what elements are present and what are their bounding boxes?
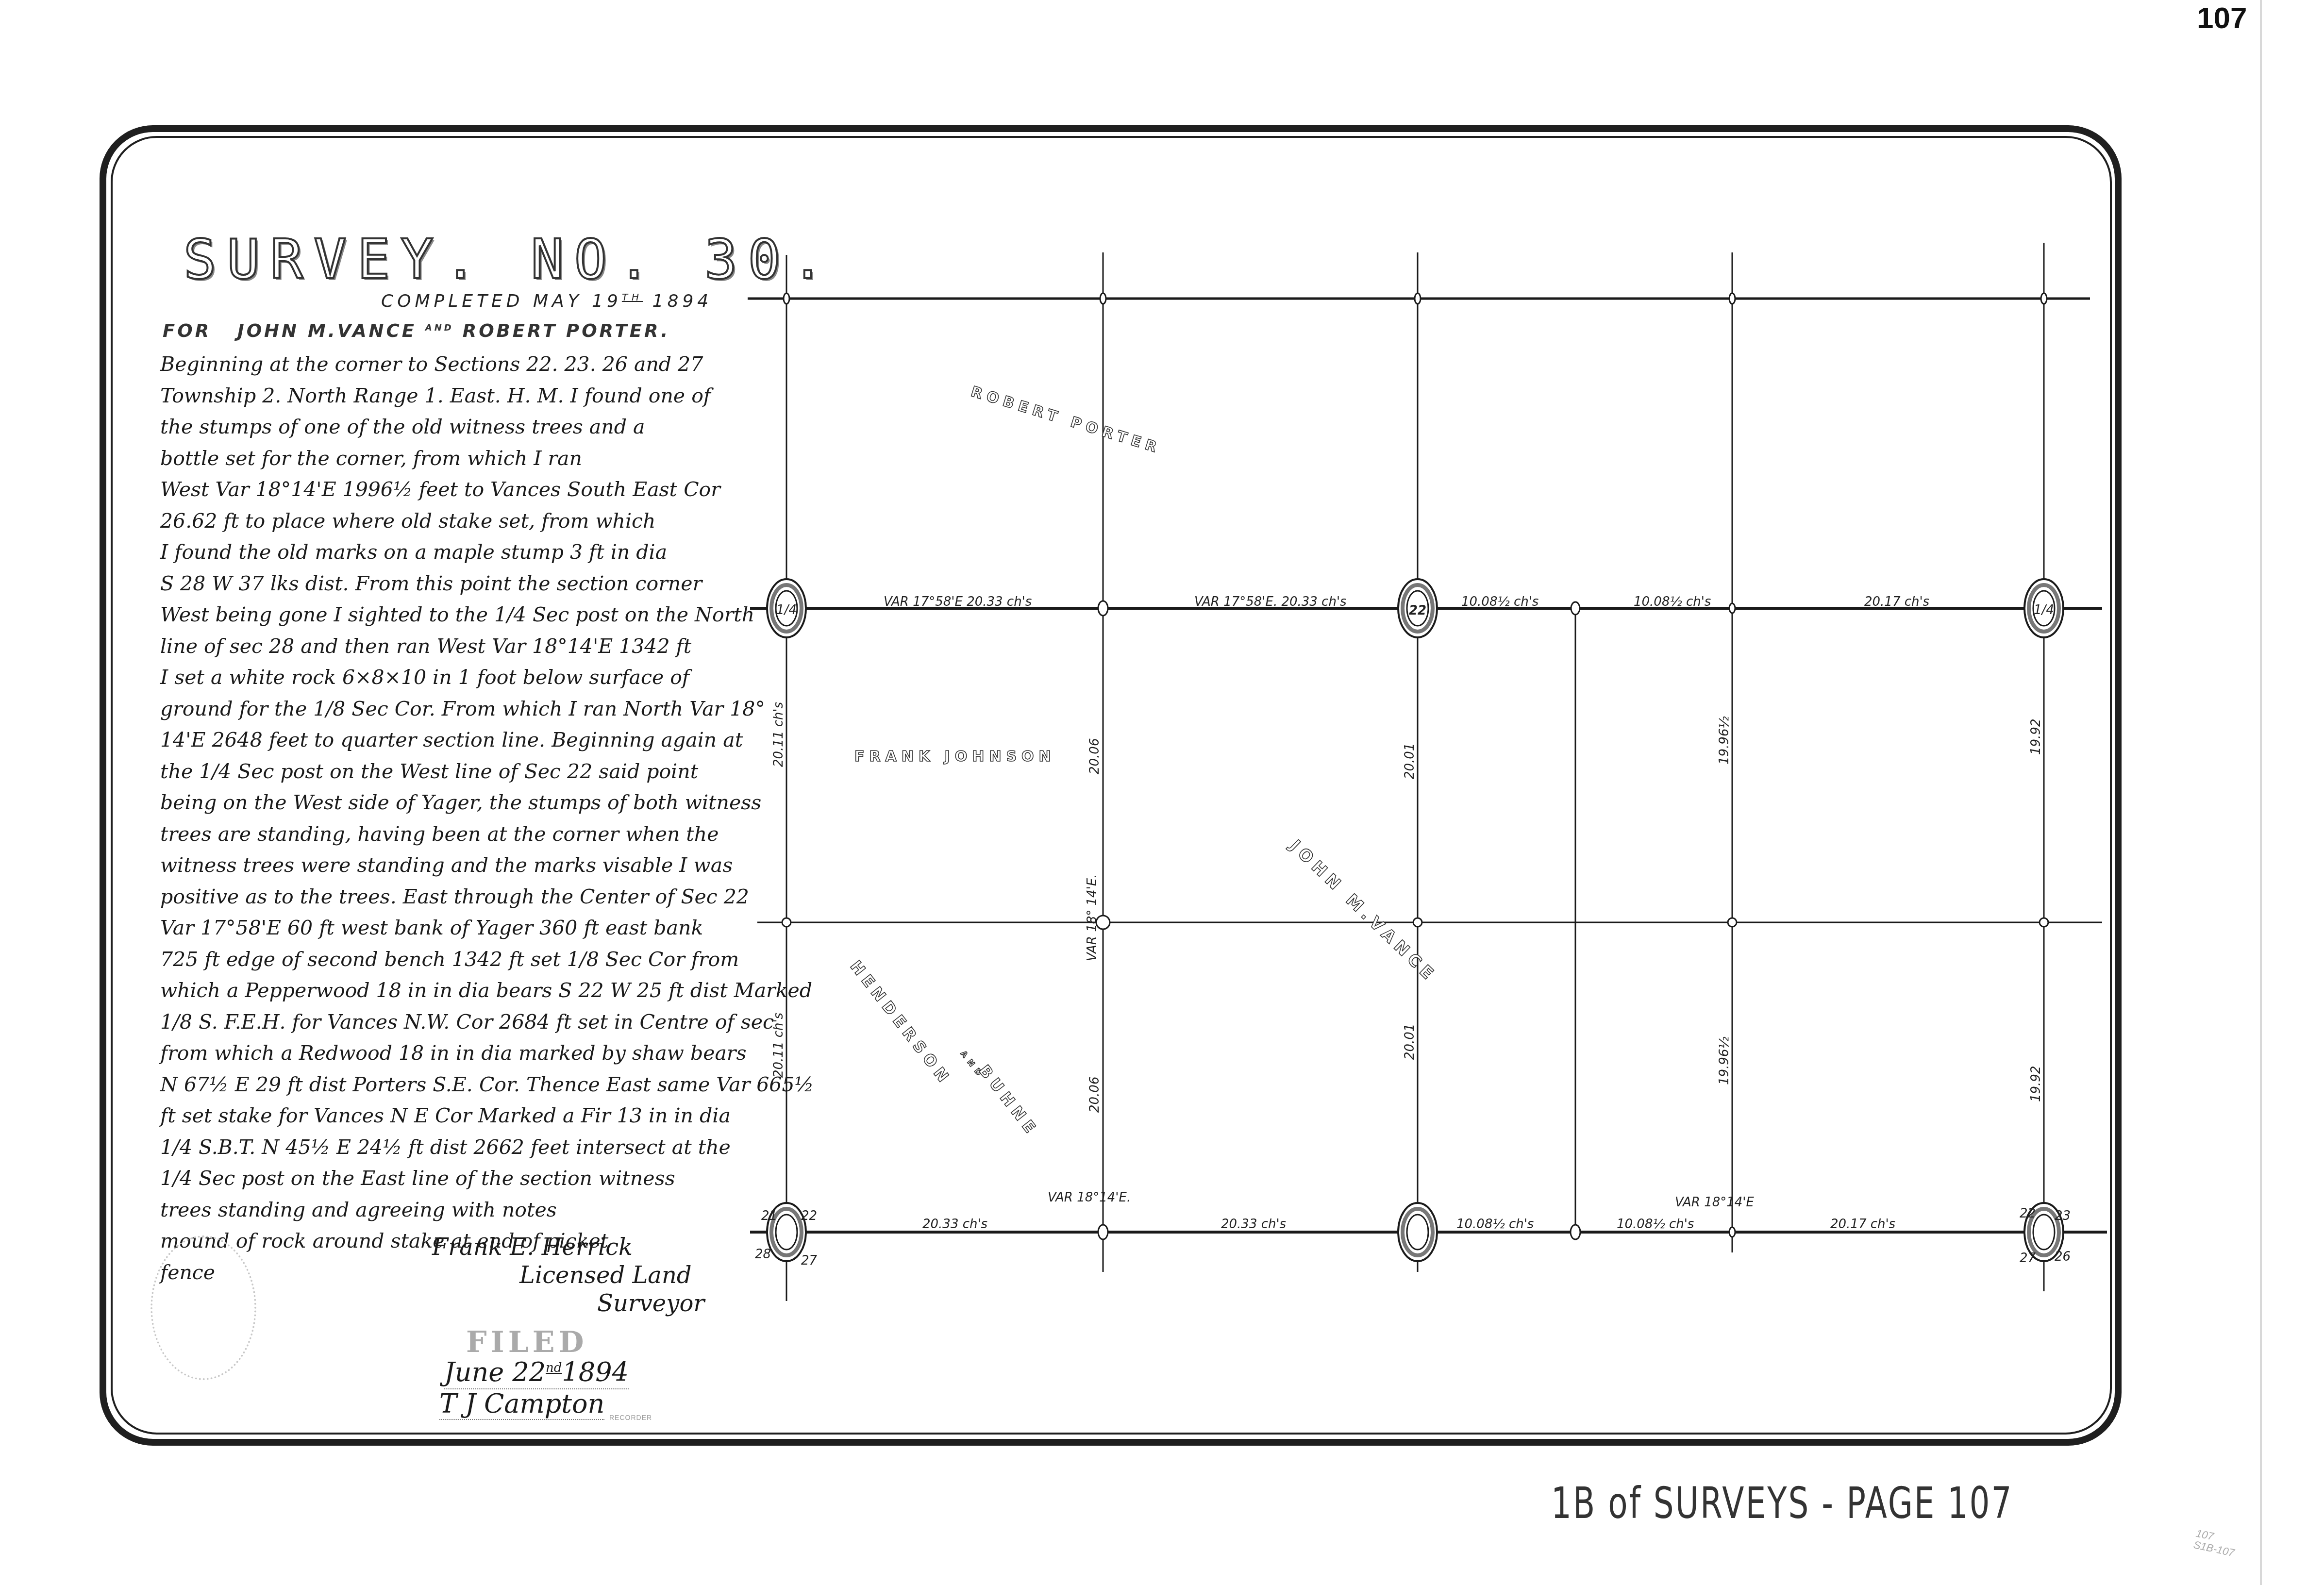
- svg-text:1/4: 1/4: [2034, 603, 2054, 617]
- svg-text:20.11 ch's: 20.11 ch's: [771, 1013, 786, 1078]
- variation-label: VAR 18°14'E.: [1048, 1190, 1131, 1205]
- svg-text:20.06: 20.06: [1087, 738, 1102, 774]
- dist-label: VAR 17°58'E 20.33 ch's: [884, 595, 1032, 609]
- svg-text:1/4: 1/4: [776, 603, 797, 617]
- svg-text:19.96½: 19.96½: [1717, 716, 1732, 765]
- svg-text:27: 27: [801, 1253, 818, 1268]
- svg-text:22: 22: [801, 1209, 817, 1223]
- svg-text:27: 27: [2020, 1251, 2036, 1266]
- corner-monument-center-22: 22: [1398, 579, 1437, 637]
- svg-text:22: 22: [2020, 1206, 2036, 1221]
- svg-text:22: 22: [1409, 603, 1426, 618]
- dist-label: 20.33 ch's: [922, 1217, 987, 1232]
- owner-buhne: BUHNE: [975, 1062, 1042, 1140]
- svg-text:20.01: 20.01: [1403, 743, 1417, 779]
- svg-text:21: 21: [761, 1209, 777, 1223]
- svg-text:20.01: 20.01: [1403, 1024, 1417, 1060]
- dist-label: 10.08½ ch's: [1461, 595, 1538, 609]
- svg-text:19.92: 19.92: [2029, 719, 2043, 755]
- svg-text:20.11 ch's: 20.11 ch's: [771, 702, 786, 767]
- owner-robert-porter: ROBERT PORTER: [969, 383, 1163, 457]
- dist-label: 10.08½ ch's: [1634, 595, 1711, 609]
- survey-plat-map: 1/4 22 1/4 21 22 28 27 22 23 27 26 VAR 1…: [0, 0, 2324, 1585]
- svg-text:28: 28: [755, 1247, 771, 1262]
- dist-label: 20.17 ch's: [1864, 595, 1929, 609]
- dist-label: 10.08½ ch's: [1617, 1217, 1694, 1232]
- dist-label: 20.17 ch's: [1830, 1217, 1895, 1232]
- dist-label: VAR 17°58'E. 20.33 ch's: [1194, 595, 1347, 609]
- svg-text:19.96½: 19.96½: [1717, 1036, 1732, 1085]
- owner-henderson: HENDERSON: [847, 957, 955, 1089]
- book-reference: 1B of SURVEYS - PAGE 107: [1551, 1478, 2013, 1529]
- svg-text:19.92: 19.92: [2029, 1066, 2043, 1102]
- variation-label: VAR 18°14'E: [1675, 1195, 1754, 1210]
- dist-label: 10.08½ ch's: [1456, 1217, 1534, 1232]
- variation-label: VAR 18° 14'E.: [1085, 874, 1100, 961]
- corner-monument-south-center: [1398, 1203, 1437, 1261]
- svg-text:20.06: 20.06: [1087, 1077, 1102, 1113]
- corner-monument-east-quarter: 1/4: [2024, 579, 2063, 637]
- svg-text:23: 23: [2055, 1209, 2071, 1223]
- owner-frank-johnson: FRANK JOHNSON: [854, 748, 1056, 765]
- corner-monument-west-quarter: 1/4: [767, 579, 806, 637]
- dist-label: 20.33 ch's: [1221, 1217, 1286, 1232]
- svg-text:26: 26: [2055, 1250, 2071, 1264]
